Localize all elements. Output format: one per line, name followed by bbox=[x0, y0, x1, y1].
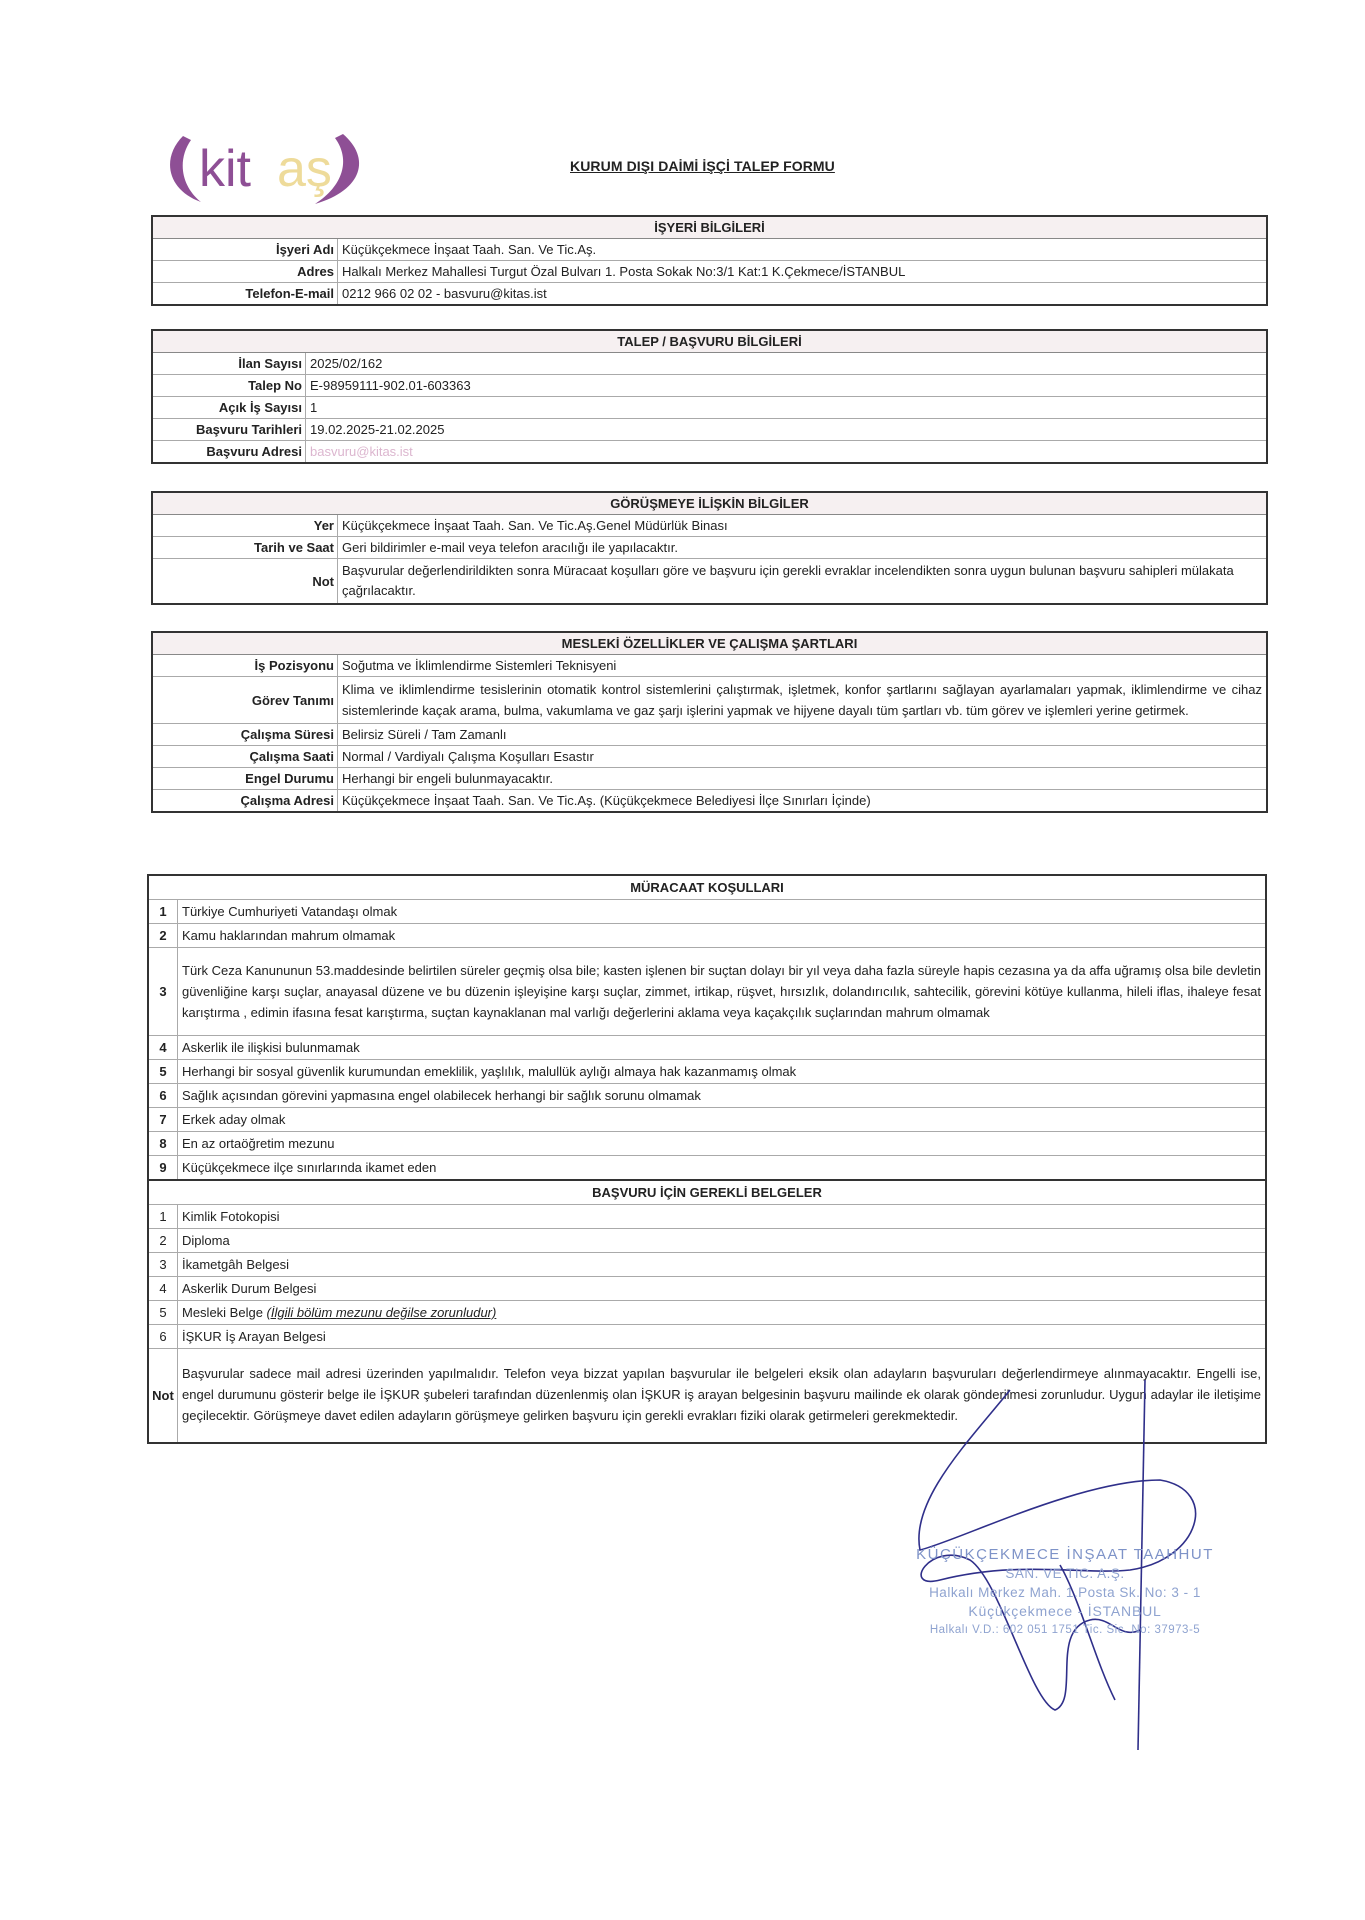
field-label: İlan Sayısı bbox=[152, 353, 306, 375]
list-item: 1Türkiye Cumhuriyeti Vatandaşı olmak bbox=[148, 900, 1266, 924]
item-number: 5 bbox=[148, 1301, 178, 1325]
isyeri-bilgileri-table: İŞYERİ BİLGİLERİ İşyeri Adı Küçükçekmece… bbox=[151, 215, 1268, 306]
item-text-main: Mesleki Belge bbox=[182, 1305, 267, 1320]
not-label: Not bbox=[148, 1349, 178, 1444]
field-label: Açık İş Sayısı bbox=[152, 397, 306, 419]
item-text: Erkek aday olmak bbox=[178, 1108, 1267, 1132]
stamp-line: Halkalı Merkez Mah. 1.Posta Sk. No: 3 - … bbox=[895, 1583, 1235, 1602]
item-text: Sağlık açısından görevini yapmasına enge… bbox=[178, 1084, 1267, 1108]
field-label: Tarih ve Saat bbox=[152, 537, 338, 559]
field-label: Çalışma Saati bbox=[152, 746, 338, 768]
table-row: Yer Küçükçekmece İnşaat Taah. San. Ve Ti… bbox=[152, 515, 1267, 537]
table-row: Telefon-E-mail 0212 966 02 02 - basvuru@… bbox=[152, 283, 1267, 306]
form-title: KURUM DIŞI DAİMİ İŞÇİ TALEP FORMU bbox=[570, 158, 835, 174]
item-text: Herhangi bir sosyal güvenlik kurumundan … bbox=[178, 1060, 1267, 1084]
table-row: Başvuru Adresi basvuru@kitas.ist bbox=[152, 441, 1267, 464]
field-label: Çalışma Süresi bbox=[152, 724, 338, 746]
stamp-line: Halkalı V.D.: 602 051 1751 Tic. Sic. No:… bbox=[895, 1621, 1235, 1640]
item-note: (İlgili bölüm mezunu değilse zorunludur) bbox=[267, 1305, 497, 1320]
table-row: Çalışma Saati Normal / Vardiyalı Çalışma… bbox=[152, 746, 1267, 768]
field-value: Belirsiz Süreli / Tam Zamanlı bbox=[338, 724, 1268, 746]
section-heading: İŞYERİ BİLGİLERİ bbox=[152, 216, 1267, 239]
company-stamp: KÜÇÜKÇEKMECE İNŞAAT TAAHHUT SAN. VE TIC.… bbox=[895, 1545, 1235, 1640]
item-number: 2 bbox=[148, 1229, 178, 1253]
table-row: İlan Sayısı 2025/02/162 bbox=[152, 353, 1267, 375]
field-value: 2025/02/162 bbox=[306, 353, 1268, 375]
field-label: Not bbox=[152, 559, 338, 605]
field-label: Çalışma Adresi bbox=[152, 790, 338, 813]
talep-bilgileri-table: TALEP / BAŞVURU BİLGİLERİ İlan Sayısı 20… bbox=[151, 329, 1268, 464]
item-number: 7 bbox=[148, 1108, 178, 1132]
field-label: İşyeri Adı bbox=[152, 239, 338, 261]
table-row: Adres Halkalı Merkez Mahallesi Turgut Öz… bbox=[152, 261, 1267, 283]
item-text: Kimlik Fotokopisi bbox=[178, 1205, 1267, 1229]
item-text: Küçükçekmece ilçe sınırlarında ikamet ed… bbox=[178, 1156, 1267, 1181]
list-item: 3İkametgâh Belgesi bbox=[148, 1253, 1266, 1277]
table-row: İşyeri Adı Küçükçekmece İnşaat Taah. San… bbox=[152, 239, 1267, 261]
list-item: 9Küçükçekmece ilçe sınırlarında ikamet e… bbox=[148, 1156, 1266, 1181]
item-text: Türkiye Cumhuriyeti Vatandaşı olmak bbox=[178, 900, 1267, 924]
field-value: Soğutma ve İklimlendirme Sistemleri Tekn… bbox=[338, 655, 1268, 677]
field-value: Klima ve iklimlendirme tesislerinin otom… bbox=[338, 677, 1268, 724]
item-number: 9 bbox=[148, 1156, 178, 1181]
kitas-logo: kit aş bbox=[165, 128, 375, 208]
item-number: 3 bbox=[148, 1253, 178, 1277]
table-row: Açık İş Sayısı 1 bbox=[152, 397, 1267, 419]
field-label: Talep No bbox=[152, 375, 306, 397]
field-value: E-98959111-902.01-603363 bbox=[306, 375, 1268, 397]
field-label: İş Pozisyonu bbox=[152, 655, 338, 677]
section-heading: MESLEKİ ÖZELLİKLER VE ÇALIŞMA ŞARTLARI bbox=[152, 632, 1267, 655]
item-text: Askerlik Durum Belgesi bbox=[178, 1277, 1267, 1301]
section-heading: TALEP / BAŞVURU BİLGİLERİ bbox=[152, 330, 1267, 353]
field-label: Yer bbox=[152, 515, 338, 537]
mesleki-ozellikler-table: MESLEKİ ÖZELLİKLER VE ÇALIŞMA ŞARTLARI İ… bbox=[151, 631, 1268, 813]
field-value: Herhangi bir engeli bulunmayacaktır. bbox=[338, 768, 1268, 790]
list-item: 6Sağlık açısından görevini yapmasına eng… bbox=[148, 1084, 1266, 1108]
table-row: Başvuru Tarihleri 19.02.2025-21.02.2025 bbox=[152, 419, 1267, 441]
list-item: 5Mesleki Belge (İlgili bölüm mezunu deği… bbox=[148, 1301, 1266, 1325]
stamp-line: KÜÇÜKÇEKMECE İNŞAAT TAAHHUT bbox=[895, 1545, 1235, 1564]
table-row: Not Başvurular değerlendirildikten sonra… bbox=[152, 559, 1267, 605]
item-text: Türk Ceza Kanununun 53.maddesinde belirt… bbox=[178, 948, 1267, 1036]
field-value: 1 bbox=[306, 397, 1268, 419]
svg-text:kit: kit bbox=[199, 140, 252, 198]
list-item: 4Askerlik Durum Belgesi bbox=[148, 1277, 1266, 1301]
field-value: Geri bildirimler e-mail veya telefon ara… bbox=[338, 537, 1268, 559]
section-heading: MÜRACAAT KOŞULLARI bbox=[148, 875, 1266, 900]
field-label: Engel Durumu bbox=[152, 768, 338, 790]
item-number: 3 bbox=[148, 948, 178, 1036]
table-row: Çalışma Adresi Küçükçekmece İnşaat Taah.… bbox=[152, 790, 1267, 813]
item-number: 6 bbox=[148, 1325, 178, 1349]
list-item: 3Türk Ceza Kanununun 53.maddesinde belir… bbox=[148, 948, 1266, 1036]
field-label: Telefon-E-mail bbox=[152, 283, 338, 306]
field-label: Adres bbox=[152, 261, 338, 283]
field-value: 0212 966 02 02 - basvuru@kitas.ist bbox=[338, 283, 1268, 306]
item-number: 5 bbox=[148, 1060, 178, 1084]
item-text: İŞKUR İş Arayan Belgesi bbox=[178, 1325, 1267, 1349]
list-item: 4Askerlik ile ilişkisi bulunmamak bbox=[148, 1036, 1266, 1060]
list-item: 6İŞKUR İş Arayan Belgesi bbox=[148, 1325, 1266, 1349]
stamp-line: SAN. VE TIC. A.Ş. bbox=[895, 1564, 1235, 1583]
item-text: En az ortaöğretim mezunu bbox=[178, 1132, 1267, 1156]
table-row: Tarih ve Saat Geri bildirimler e-mail ve… bbox=[152, 537, 1267, 559]
field-label: Başvuru Tarihleri bbox=[152, 419, 306, 441]
table-row: Görev Tanımı Klima ve iklimlendirme tesi… bbox=[152, 677, 1267, 724]
svg-text:aş: aş bbox=[277, 140, 332, 198]
item-text: Kamu haklarından mahrum olmamak bbox=[178, 924, 1267, 948]
table-row: Engel Durumu Herhangi bir engeli bulunma… bbox=[152, 768, 1267, 790]
basvuru-email-link[interactable]: basvuru@kitas.ist bbox=[306, 441, 1268, 464]
list-item: 2Kamu haklarından mahrum olmamak bbox=[148, 924, 1266, 948]
list-item: 1Kimlik Fotokopisi bbox=[148, 1205, 1266, 1229]
muracaat-kosullari-table: MÜRACAAT KOŞULLARI 1Türkiye Cumhuriyeti … bbox=[147, 874, 1267, 1444]
item-number: 4 bbox=[148, 1277, 178, 1301]
field-value: 19.02.2025-21.02.2025 bbox=[306, 419, 1268, 441]
field-value: Normal / Vardiyalı Çalışma Koşulları Esa… bbox=[338, 746, 1268, 768]
list-item: 5Herhangi bir sosyal güvenlik kurumundan… bbox=[148, 1060, 1266, 1084]
list-item: 2Diploma bbox=[148, 1229, 1266, 1253]
item-number: 1 bbox=[148, 1205, 178, 1229]
item-text: İkametgâh Belgesi bbox=[178, 1253, 1267, 1277]
field-label: Görev Tanımı bbox=[152, 677, 338, 724]
field-value: Başvurular değerlendirildikten sonra Mür… bbox=[338, 559, 1268, 605]
item-number: 1 bbox=[148, 900, 178, 924]
section-heading: BAŞVURU İÇİN GEREKLİ BELGELER bbox=[148, 1180, 1266, 1205]
stamp-line: Küçükçekmece - İSTANBUL bbox=[895, 1602, 1235, 1621]
item-text: Diploma bbox=[178, 1229, 1267, 1253]
field-value: Halkalı Merkez Mahallesi Turgut Özal Bul… bbox=[338, 261, 1268, 283]
field-label: Başvuru Adresi bbox=[152, 441, 306, 464]
not-text: Başvurular sadece mail adresi üzerinden … bbox=[178, 1349, 1267, 1444]
item-number: 6 bbox=[148, 1084, 178, 1108]
table-row: Çalışma Süresi Belirsiz Süreli / Tam Zam… bbox=[152, 724, 1267, 746]
gorusme-bilgileri-table: GÖRÜŞMEYE İLİŞKİN BİLGİLER Yer Küçükçekm… bbox=[151, 491, 1268, 605]
field-value: Küçükçekmece İnşaat Taah. San. Ve Tic.Aş… bbox=[338, 239, 1268, 261]
item-text: Askerlik ile ilişkisi bulunmamak bbox=[178, 1036, 1267, 1060]
field-value: Küçükçekmece İnşaat Taah. San. Ve Tic.Aş… bbox=[338, 790, 1268, 813]
item-text: Mesleki Belge (İlgili bölüm mezunu değil… bbox=[178, 1301, 1267, 1325]
table-row: Talep No E-98959111-902.01-603363 bbox=[152, 375, 1267, 397]
item-number: 2 bbox=[148, 924, 178, 948]
item-number: 4 bbox=[148, 1036, 178, 1060]
not-row: Not Başvurular sadece mail adresi üzerin… bbox=[148, 1349, 1266, 1444]
list-item: 7Erkek aday olmak bbox=[148, 1108, 1266, 1132]
list-item: 8En az ortaöğretim mezunu bbox=[148, 1132, 1266, 1156]
section-heading: GÖRÜŞMEYE İLİŞKİN BİLGİLER bbox=[152, 492, 1267, 515]
table-row: İş Pozisyonu Soğutma ve İklimlendirme Si… bbox=[152, 655, 1267, 677]
field-value: Küçükçekmece İnşaat Taah. San. Ve Tic.Aş… bbox=[338, 515, 1268, 537]
item-number: 8 bbox=[148, 1132, 178, 1156]
